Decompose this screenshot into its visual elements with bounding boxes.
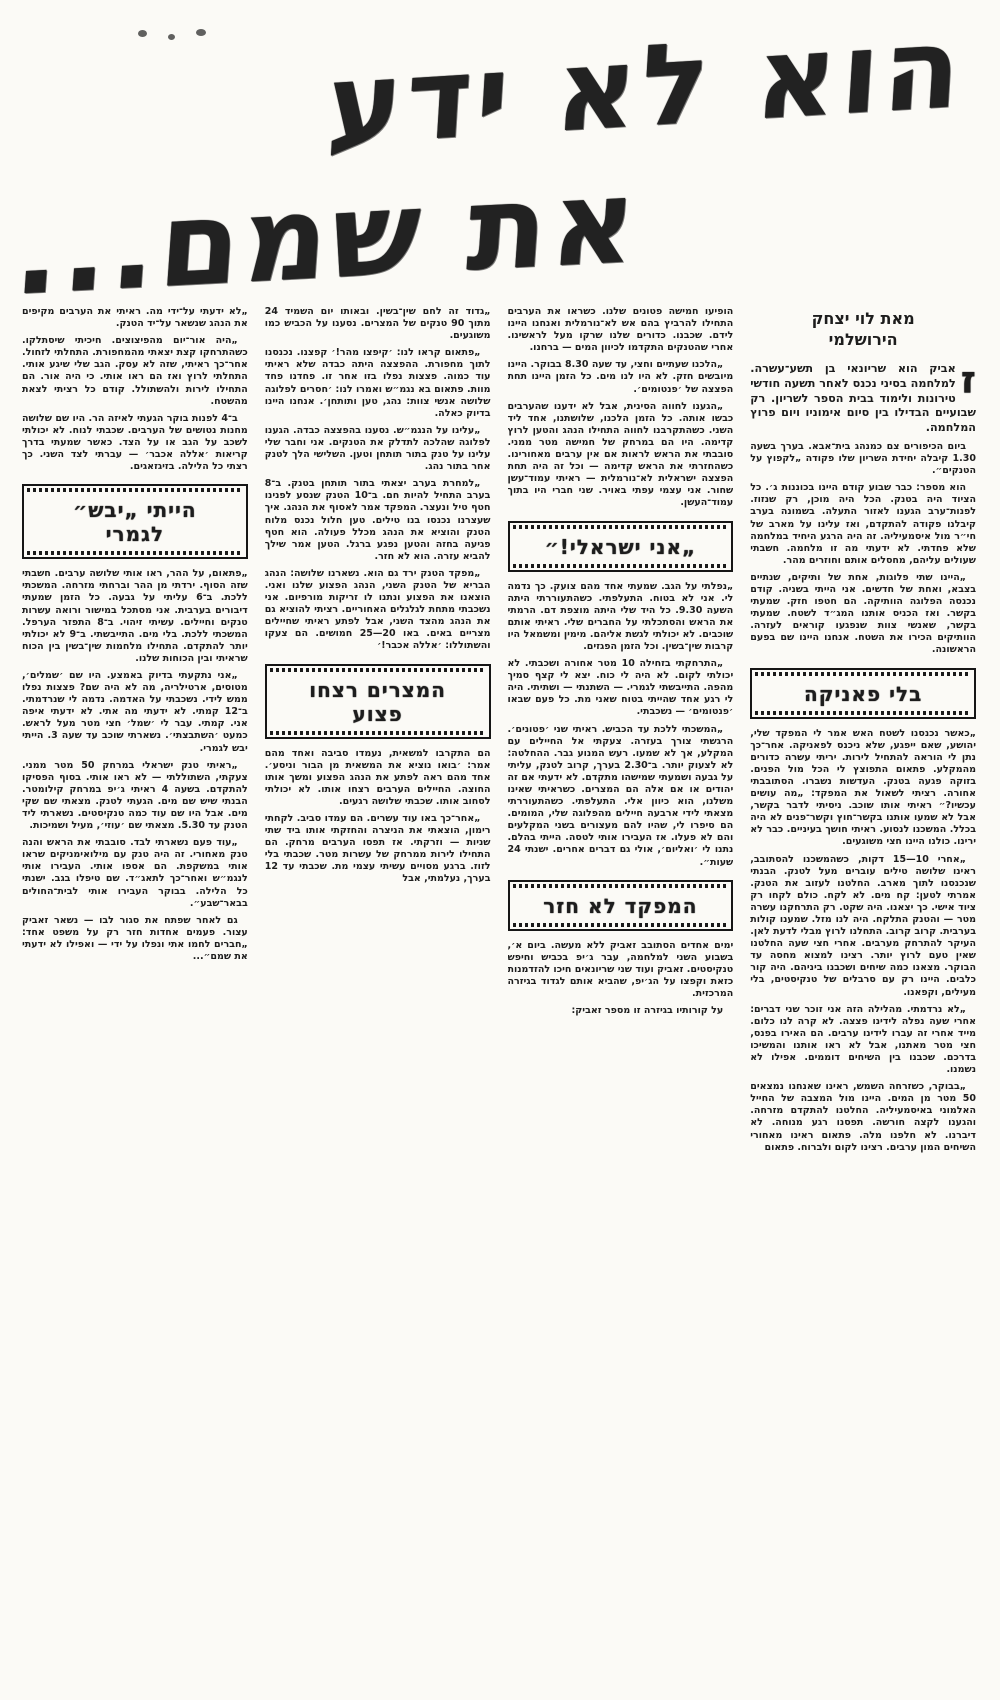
section-headline-box-egyptians_murdered: המצרים רצחופצוע xyxy=(265,664,491,739)
body-paragraph: „היינו שתי פלוגות, אחת של ותיקים, שנתיים… xyxy=(750,572,976,657)
body-paragraph: „נפלתי על הגב. שמעתי אחד מהם צועק. כך נד… xyxy=(508,581,734,654)
section-headline-box-no_panic: בלי פאניקה xyxy=(750,668,976,719)
body-paragraph: „אחר־כך באו עוד עשרים. הם עמדו סביב. לקח… xyxy=(265,813,491,886)
section-headline-box-i_am_israeli: „אני ישראלי!״ xyxy=(508,521,734,572)
section-headline-box-commander_not_back: המפקד לא חזר xyxy=(508,880,734,931)
body-paragraph: הופיעו חמישה פטונים שלנו. כשראו את הערבי… xyxy=(508,306,734,354)
byline: מאת לוי יצחקהירושלמי xyxy=(750,308,976,350)
main-headline-line-1: הוא לא ידע xyxy=(307,1,986,173)
article-columns: מאת לוי יצחקהירושלמיזאביק הוא שריונאי בן… xyxy=(22,306,976,1690)
body-paragraph: הוא מספר: כבר שבוע קודם היינו בכוננות ג׳… xyxy=(750,482,976,567)
section-headline-box-i_was_dry: הייתי „יבש״לגמרי xyxy=(22,484,248,559)
ink-speck xyxy=(196,29,206,36)
body-paragraph: „פתאום, על ההר, ראו אותי שלושה ערבים. חש… xyxy=(22,568,248,665)
body-paragraph: „היה אור־יום מהפיצוצים. חיכיתי שיסתלקו. … xyxy=(22,335,248,408)
body-paragraph: „הגענו לחווה הסינית, אבל לא ידענו שהערבי… xyxy=(508,401,734,510)
body-paragraph: גם לאחר שפתח את סגור לבו — נשאר זאביק עצ… xyxy=(22,915,248,963)
body-paragraph: „פתאום קראו לנו: ׳קיפצו מהר!׳ קפצנו. נכנ… xyxy=(265,347,491,420)
column-mid-right: הופיעו חמישה פטונים שלנו. כשראו את הערבי… xyxy=(508,306,734,1690)
ink-speck xyxy=(138,30,147,37)
body-paragraph: „עלינו על הנגמ״ש. נסענו בהפצצה כבדה. הגע… xyxy=(265,425,491,473)
body-paragraph: „אחרי 10—15 דקות, כשהמשכנו להסתובב, ראינ… xyxy=(750,854,976,999)
body-paragraph: „לא ידעתי על־ידי מה. ראיתי את הערבים מקי… xyxy=(22,306,248,330)
body-paragraph: „עוד פעם נשארתי לבד. סובבתי את הראש והנה… xyxy=(22,837,248,910)
column-right: מאת לוי יצחקהירושלמיזאביק הוא שריונאי בן… xyxy=(750,306,976,1690)
body-paragraph: „מפקד הטנק ירד גם הוא. נשארנו שלושה: הנה… xyxy=(265,568,491,653)
body-paragraph: „המשכתי ללכת עד הכביש. ראיתי שני ׳פטונים… xyxy=(508,724,734,869)
column-left: „לא ידעתי על־ידי מה. ראיתי את הערבים מקי… xyxy=(22,306,248,1690)
body-paragraph: על קורותיו בגיזרה זו מספר זאביק: xyxy=(508,1005,734,1017)
body-paragraph: „ראיתי טנק ישראלי במרחק 50 מטר ממני. צעק… xyxy=(22,760,248,833)
column-mid-left: „גדוד זה לחם שין־בשין. ובאותו יום השמיד … xyxy=(265,306,491,1690)
body-paragraph: ביום הכיפורים צם כמנהג בית־אבא. בערך בשע… xyxy=(750,441,976,477)
body-paragraph: „לא נרדמתי. מהלילה הזה אני זוכר שני דברי… xyxy=(750,1004,976,1077)
body-paragraph: „בבוקר, כשזרחה השמש, ראינו שאנחנו נמצאים… xyxy=(750,1081,976,1154)
body-paragraph: „הלכנו שעתיים וחצי, עד שעה 8.30 בבוקר. ה… xyxy=(508,359,734,395)
body-paragraph: הם התקרבו למשאית, נעמדו סביבה ואחד מהם א… xyxy=(265,748,491,808)
body-paragraph: ב־4 לפנות בוקר הגעתי לאיזה הר. היו שם של… xyxy=(22,413,248,473)
body-paragraph: ימים אחדים הסתובב זאביק ללא מעשה. ביום א… xyxy=(508,940,734,1000)
body-paragraph: „גדוד זה לחם שין־בשין. ובאותו יום השמיד … xyxy=(265,306,491,342)
newspaper-page: { "headline": { "line1": "הוא לא ידע", "… xyxy=(0,0,1000,1700)
lead-paragraph: זאביק הוא שריונאי בן תשע־עשרה. למלחמה בס… xyxy=(750,362,976,436)
body-paragraph: „כאשר נכנסנו לשטח האש אמר לי המפקד שלי, … xyxy=(750,728,976,849)
main-headline-line-2: את שמם... xyxy=(88,153,645,317)
body-paragraph: „למחרת בערב יצאתי בתור תותחן בטנק. ב־8 ב… xyxy=(265,478,491,563)
drop-cap: ז xyxy=(961,364,976,396)
body-paragraph: „התרחקתי בזחילה 10 מטר אחורה ושכבתי. לא … xyxy=(508,658,734,718)
body-paragraph: „אני נתקעתי בדיוק באמצע. היו שם ׳שמלים׳,… xyxy=(22,670,248,755)
ink-speck xyxy=(168,34,175,40)
